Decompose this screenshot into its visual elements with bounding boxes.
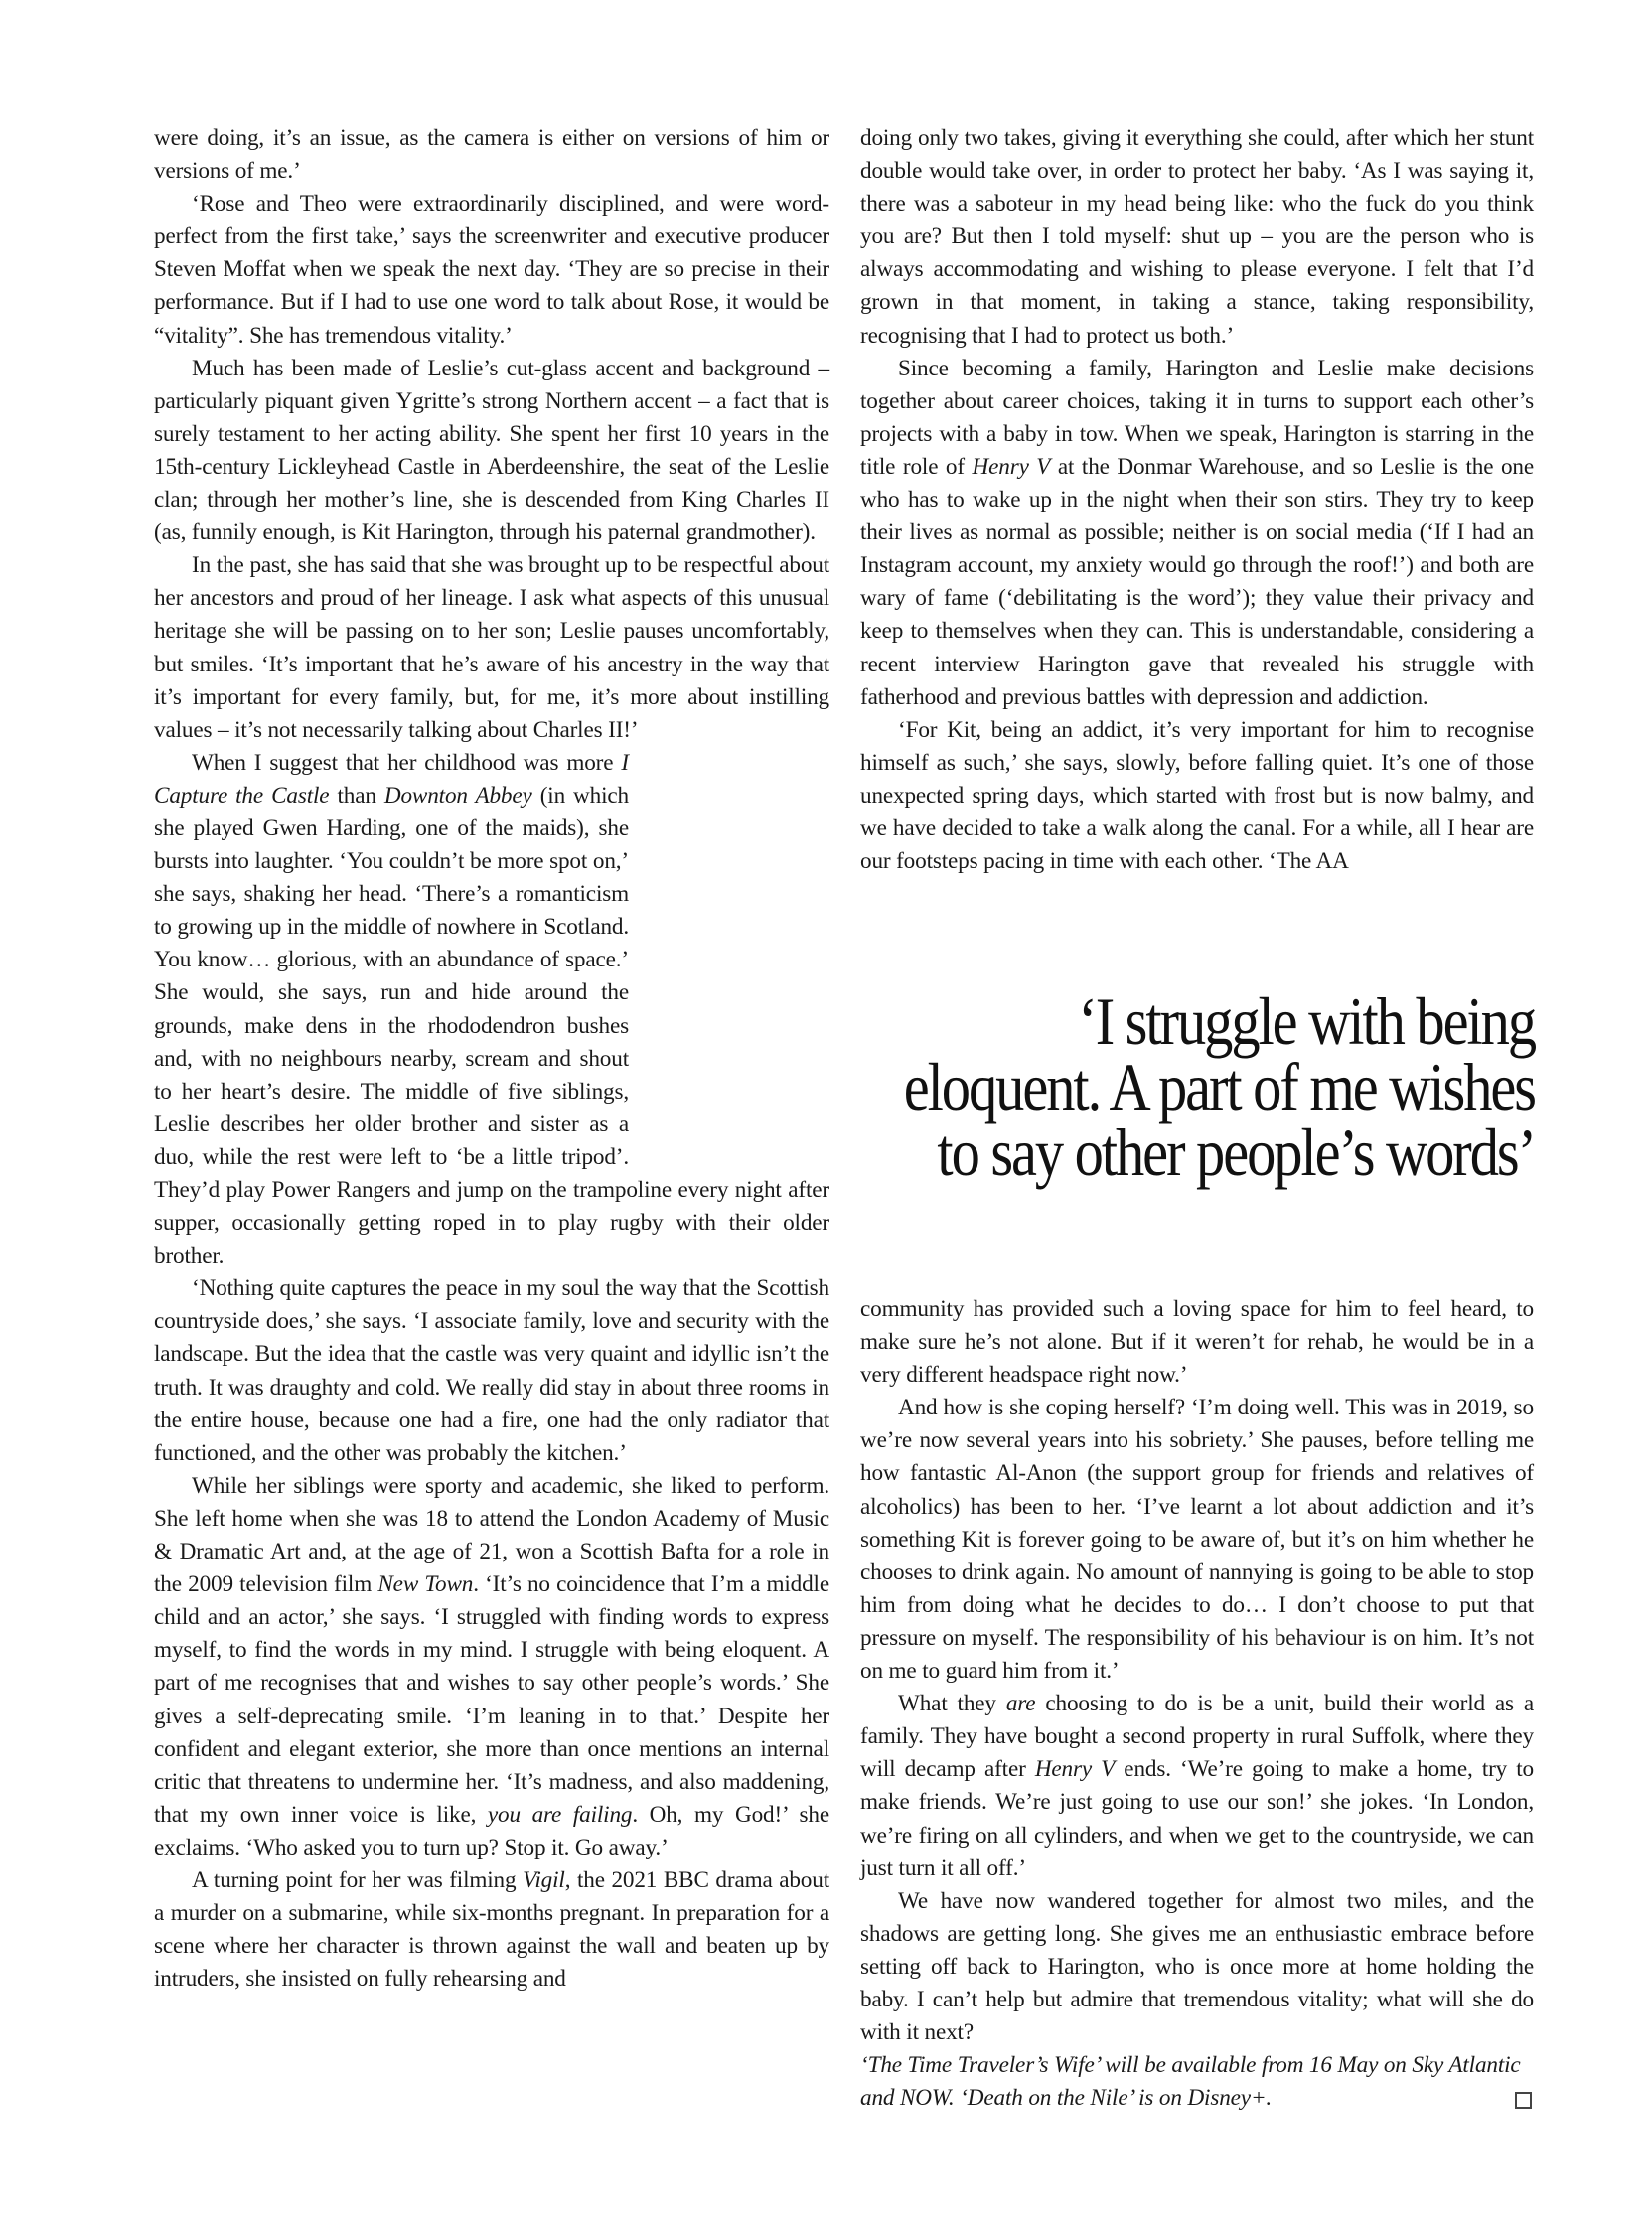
paragraph: ‘For Kit, being an addict, it’s very imp… <box>860 714 1534 878</box>
paragraph: Much has been made of Leslie’s cut-glass… <box>154 353 829 550</box>
pull-quote-line: to say other people’s words’ <box>779 1119 1535 1185</box>
left-column: were doing, it’s an issue, as the camera… <box>154 122 829 1996</box>
paragraph-perform: While her siblings were sporty and acade… <box>154 1470 829 1864</box>
paragraph: And how is she coping herself? ‘I’m doin… <box>860 1392 1534 1688</box>
paragraph: were doing, it’s an issue, as the camera… <box>154 122 829 188</box>
broadcast-credit: ‘The Time Traveler’s Wife’ will be avail… <box>860 2049 1534 2115</box>
paragraph-unit: What they are choosing to do is be a uni… <box>860 1688 1534 1885</box>
paragraph: ‘Rose and Theo were extraordinarily disc… <box>154 188 829 352</box>
text: What they <box>898 1691 1006 1716</box>
credit-line: and NOW. ‘Death on the Nile’ is on Disne… <box>860 2085 1272 2111</box>
text: . ‘It’s no coincidence that I’m a middle… <box>154 1571 829 1828</box>
pull-quote-line: ‘I struggle with being <box>779 988 1535 1054</box>
text: than <box>329 783 383 809</box>
end-of-article-square-icon <box>1515 2092 1532 2109</box>
paragraph: doing only two takes, giving it everythi… <box>860 122 1534 353</box>
paragraph-family: Since becoming a family, Harington and L… <box>860 353 1534 714</box>
emphasis-italic: are <box>1006 1691 1036 1716</box>
title-italic: Downton Abbey <box>384 783 532 809</box>
credit-line: ‘The Time Traveler’s Wife’ will be avail… <box>860 2049 1534 2082</box>
title-italic: Vigil <box>523 1867 565 1893</box>
paragraph: In the past, she has said that she was b… <box>154 549 829 747</box>
pull-quote-line: eloquent. A part of me wishes <box>779 1054 1535 1119</box>
paragraph-vigil: A turning point for her was filming Vigi… <box>154 1864 829 1996</box>
title-italic: Henry V <box>973 454 1051 480</box>
title-italic: New Town <box>377 1571 473 1597</box>
text: When I suggest that her childhood was mo… <box>192 750 621 776</box>
magazine-page: were doing, it’s an issue, as the camera… <box>0 0 1652 2228</box>
emphasis-italic: you are failing <box>488 1802 632 1828</box>
text: at the Donmar Warehouse, and so Leslie i… <box>860 454 1534 710</box>
paragraph-closing: We have now wandered together for almost… <box>860 1885 1534 2049</box>
paragraph: ‘Nothing quite captures the peace in my … <box>154 1272 829 1470</box>
paragraph: community has provided such a loving spa… <box>860 1293 1534 1392</box>
title-italic: Henry V <box>1035 1756 1115 1782</box>
right-column-top: doing only two takes, giving it everythi… <box>860 122 1534 878</box>
right-column-bottom: community has provided such a loving spa… <box>860 1293 1534 2115</box>
text: A turning point for her was filming <box>192 1867 523 1893</box>
pull-quote: ‘I struggle with being eloquent. A part … <box>779 988 1535 1185</box>
